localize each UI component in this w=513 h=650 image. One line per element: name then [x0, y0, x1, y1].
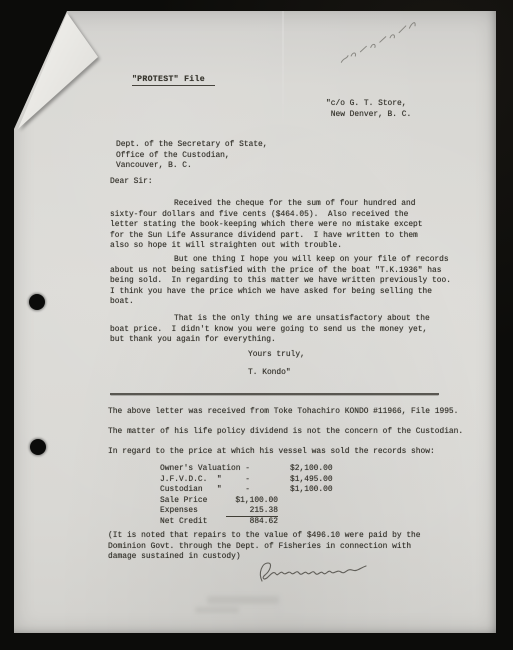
- row-label: J.F.V.D.C. " -: [160, 475, 250, 484]
- row-value: 215.38: [200, 506, 278, 517]
- memo-line-3: In regard to the price at which his vess…: [108, 447, 435, 458]
- memo-line-2: The matter of his life policy dividend i…: [108, 427, 463, 438]
- document-page: "PROTEST" File "c/o G. T. Store, New Den…: [14, 11, 496, 633]
- hole-punch-top: [29, 294, 45, 310]
- row-label: Owner's Valuation -: [160, 464, 250, 473]
- row-value: 884.62: [200, 517, 278, 528]
- row-value: $1,100.00: [200, 496, 278, 507]
- paper-crease: [282, 11, 284, 131]
- table-row: Net Credit 884.62: [160, 517, 400, 528]
- body-paragraph-1: Received the cheque for the sum of four …: [110, 199, 423, 252]
- return-address: "c/o G. T. Store, New Denver, B. C.: [326, 99, 411, 120]
- typed-signature: T. Kondo": [248, 368, 291, 379]
- table-row: Expenses 215.38: [160, 506, 400, 517]
- bleed-through-ghost-text: [195, 596, 279, 613]
- body-paragraph-3: That is the only thing we are unsatisfac…: [110, 314, 430, 346]
- table-row: Custodian " - $1,100.00: [160, 485, 400, 496]
- salutation: Dear Sir:: [110, 177, 153, 188]
- file-heading: "PROTEST" File: [113, 64, 215, 96]
- table-row: J.F.V.D.C. " - $1,495.00: [160, 475, 400, 486]
- recipient-address: Dept. of the Secretary of State, Office …: [116, 140, 268, 172]
- official-signature: [252, 557, 382, 587]
- row-value: $2,100.00: [290, 464, 333, 475]
- body-paragraph-2: But one thing I hope you will keep on yo…: [110, 255, 451, 308]
- row-value: $1,495.00: [290, 475, 333, 486]
- valuation-table: Owner's Valuation - $2,100.00 J.F.V.D.C.…: [160, 464, 400, 528]
- handwritten-note: [330, 13, 450, 72]
- typed-divider-line: [110, 393, 439, 395]
- hole-punch-bottom: [30, 439, 46, 455]
- table-row: Sale Price $1,100.00: [160, 496, 400, 507]
- table-row: Owner's Valuation - $2,100.00: [160, 464, 400, 475]
- row-label: Custodian " -: [160, 485, 250, 494]
- row-label: Expenses: [160, 506, 198, 515]
- closing: Yours truly,: [248, 350, 305, 361]
- memo-line-1: The above letter was received from Toke …: [108, 407, 458, 418]
- row-value: $1,100.00: [290, 485, 333, 496]
